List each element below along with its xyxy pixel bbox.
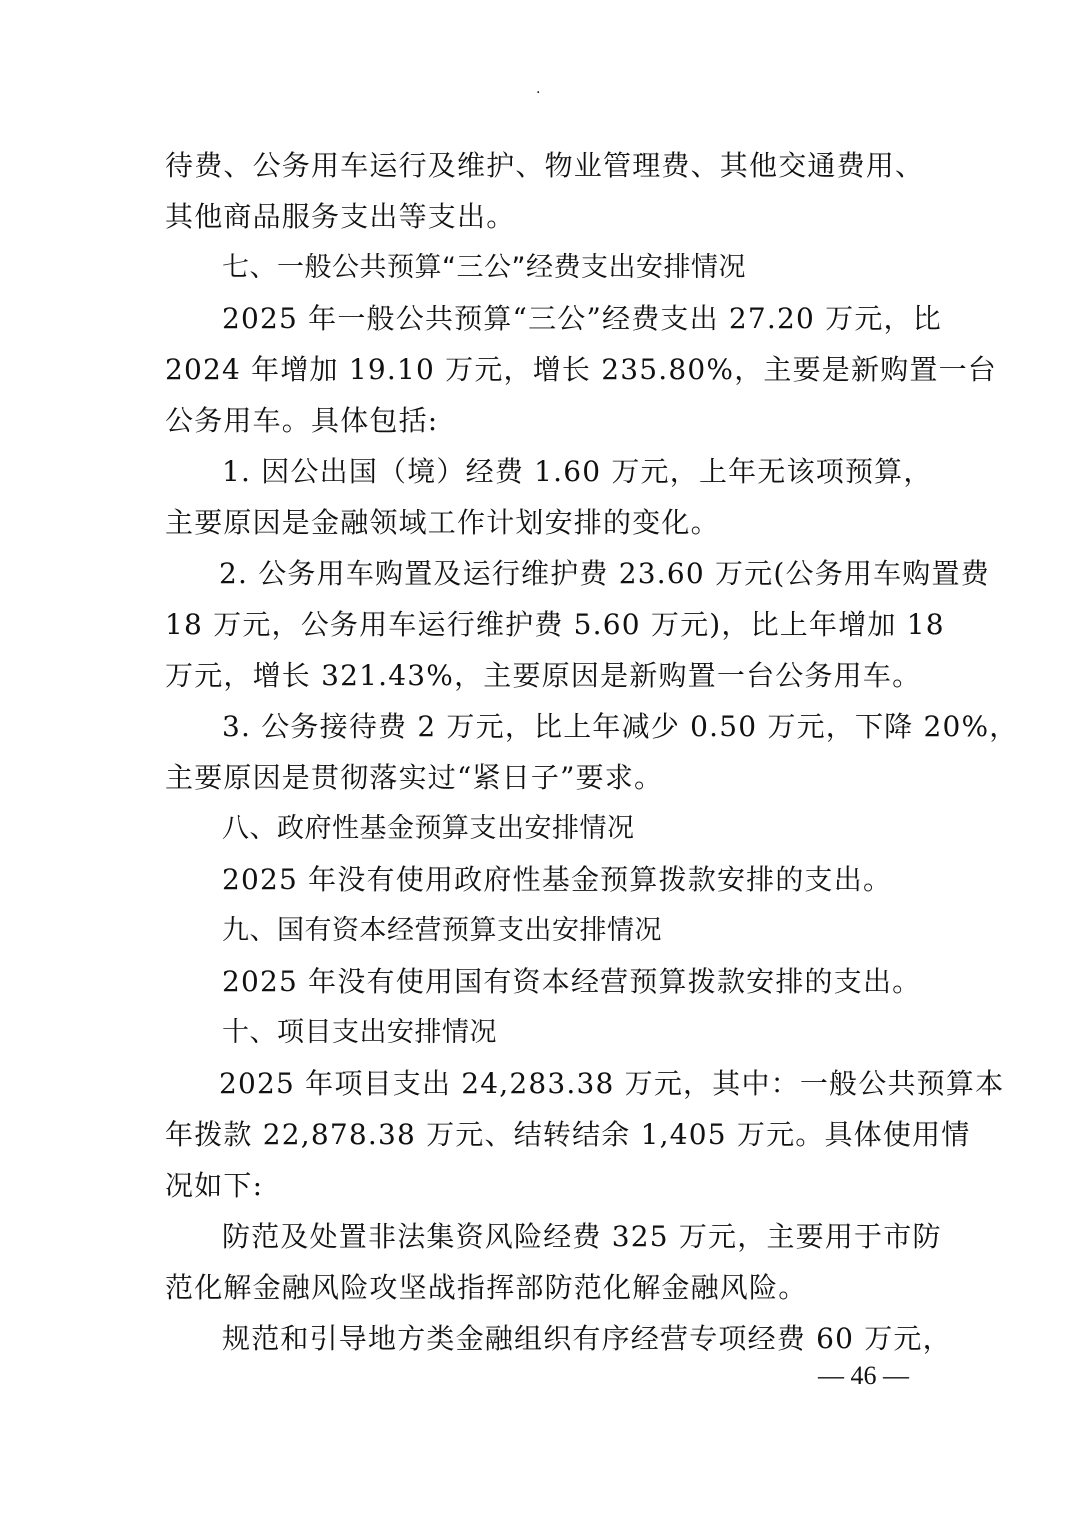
body-line: 其他商品服务支出等支出。: [165, 191, 913, 242]
body-line: 规范和引导地方类金融组织有序经营专项经费 60 万元，: [165, 1313, 913, 1364]
body-line: 范化解金融风险攻坚战指挥部防范化解金融风险。: [165, 1262, 913, 1313]
body-line: 况如下:: [165, 1160, 913, 1211]
section-heading-7: 七、一般公共预算“三公”经费支出安排情况: [165, 242, 913, 293]
section-heading-10: 十、项目支出安排情况: [165, 1007, 913, 1058]
section-heading-9: 九、国有资本经营预算支出安排情况: [165, 905, 913, 956]
list-item-1: 1. 因公出国（境）经费 1.60 万元，上年无该项预算，: [165, 446, 913, 497]
header-mark: .: [536, 82, 540, 96]
body-line: 2025 年没有使用国有资本经营预算拨款安排的支出。: [165, 956, 913, 1007]
body-line: 2024 年增加 19.10 万元，增长 235.80%，主要是新购置一台: [165, 344, 913, 395]
body-line: 2025 年一般公共预算“三公”经费支出 27.20 万元，比: [165, 293, 913, 344]
body-line: 待费、公务用车运行及维护、物业管理费、其他交通费用、: [165, 140, 913, 191]
body-line: 公务用车。具体包括:: [165, 395, 913, 446]
list-item-3: 3. 公务接待费 2 万元，比上年减少 0.50 万元，下降 20%，: [165, 701, 913, 752]
body-line: 年拨款 22,878.38 万元、结转结余 1,405 万元。具体使用情: [165, 1109, 913, 1160]
section-heading-8: 八、政府性基金预算支出安排情况: [165, 803, 913, 854]
body-line: 2025 年没有使用政府性基金预算拨款安排的支出。: [165, 854, 913, 905]
body-line: 防范及处置非法集资风险经费 325 万元，主要用于市防: [165, 1211, 913, 1262]
body-line: 主要原因是贯彻落实过“紧日子”要求。: [165, 752, 913, 803]
body-line: 2025 年项目支出 24,283.38 万元，其中：一般公共预算本: [165, 1058, 913, 1109]
body-line: 主要原因是金融领域工作计划安排的变化。: [165, 497, 913, 548]
document-body: 待费、公务用车运行及维护、物业管理费、其他交通费用、 其他商品服务支出等支出。 …: [165, 140, 913, 1364]
page-number: — 46 —: [818, 1358, 909, 1394]
body-line: 万元，增长 321.43%，主要原因是新购置一台公务用车。: [165, 650, 913, 701]
body-line: 18 万元，公务用车运行维护费 5.60 万元)，比上年增加 18: [165, 599, 913, 650]
list-item-2: 2. 公务用车购置及运行维护费 23.60 万元(公务用车购置费: [165, 548, 913, 599]
